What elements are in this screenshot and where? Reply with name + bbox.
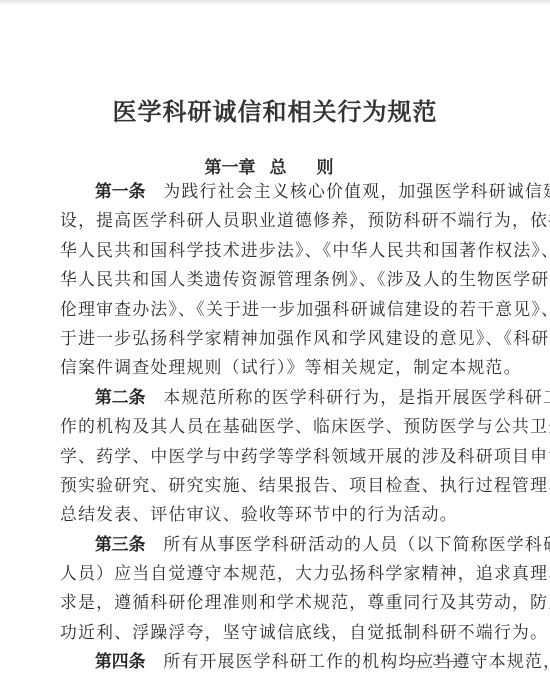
article-3-label: 第三条 [95, 534, 145, 554]
article-1-line-4: 华人民共和国人类遗传资源管理条例》、《涉及人的生物医学研究 [60, 265, 500, 294]
article-2-line-1: 第二条本规范所称的医学科研行为，是指开展医学科研工 [60, 383, 500, 412]
chapter-label: 第一章 [205, 158, 256, 178]
article-3-line-3: 求是，遵循科研伦理准则和学术规范，尊重同行及其劳动，防止急 [60, 588, 500, 617]
article-3-line-4: 功近利、浮躁浮夸，坚守诚信底线，自觉抵制科研不端行为。 [60, 618, 500, 647]
article-3-text: 所有从事医学科研活动的人员（以下简称医学科研 [163, 534, 550, 554]
article-2-line-3: 学、药学、中医学与中药学等学科领域开展的涉及科研项目申请、 [60, 442, 500, 471]
article-1-label: 第一条 [95, 181, 145, 201]
article-1-text: 为践行社会主义核心价值观，加强医学科研诚信建 [163, 181, 550, 201]
chapter-name: 总 则 [270, 158, 346, 178]
article-1-line-1: 第一条为践行社会主义核心价值观，加强医学科研诚信建 [60, 177, 500, 206]
article-4-label: 第四条 [95, 651, 145, 671]
article-4-text: 所有开展医学科研工作的机构均应当遵守本规范， [163, 651, 550, 671]
article-3-line-2: 人员）应当自觉遵守本规范，大力弘扬科学家精神，追求真理、实事 [60, 559, 500, 588]
article-2-line-5: 总结发表、评估审议、验收等环节中的行为活动。 [60, 500, 500, 529]
scan-top-edge [0, 0, 550, 6]
article-1-line-2: 设，提高医学科研人员职业道德修养，预防科研不端行为，依据《中 [60, 206, 500, 235]
chapter-heading: 第一章总 则 [0, 153, 550, 178]
article-2-line-4: 预实验研究、研究实施、结果报告、项目检查、执行过程管理、成果 [60, 471, 500, 500]
article-2-text: 本规范所称的医学科研行为，是指开展医学科研工 [163, 387, 550, 407]
document-body: 第一条为践行社会主义核心价值观，加强医学科研诚信建 设，提高医学科研人员职业道德… [60, 177, 500, 677]
article-1-line-6: 于进一步弘扬科学家精神加强作风和学风建设的意见》、《科研诚 [60, 324, 500, 353]
article-2-line-2: 作的机构及其人员在基础医学、临床医学、预防医学与公共卫生 [60, 412, 500, 441]
article-1-line-7: 信案件调查处理规则（试行）》等相关规定，制定本规范。 [60, 353, 500, 382]
page-number: — 3 — [410, 653, 465, 670]
article-1-line-5: 伦理审查办法》、《关于进一步加强科研诚信建设的若干意见》、《关 [60, 295, 500, 324]
article-3-line-1: 第三条所有从事医学科研活动的人员（以下简称医学科研 [60, 530, 500, 559]
article-1-line-3: 华人民共和国科学技术进步法》、《中华人民共和国著作权法》、《中 [60, 236, 500, 265]
article-2-label: 第二条 [95, 387, 145, 407]
document-title: 医学科研诚信和相关行为规范 [0, 92, 550, 127]
